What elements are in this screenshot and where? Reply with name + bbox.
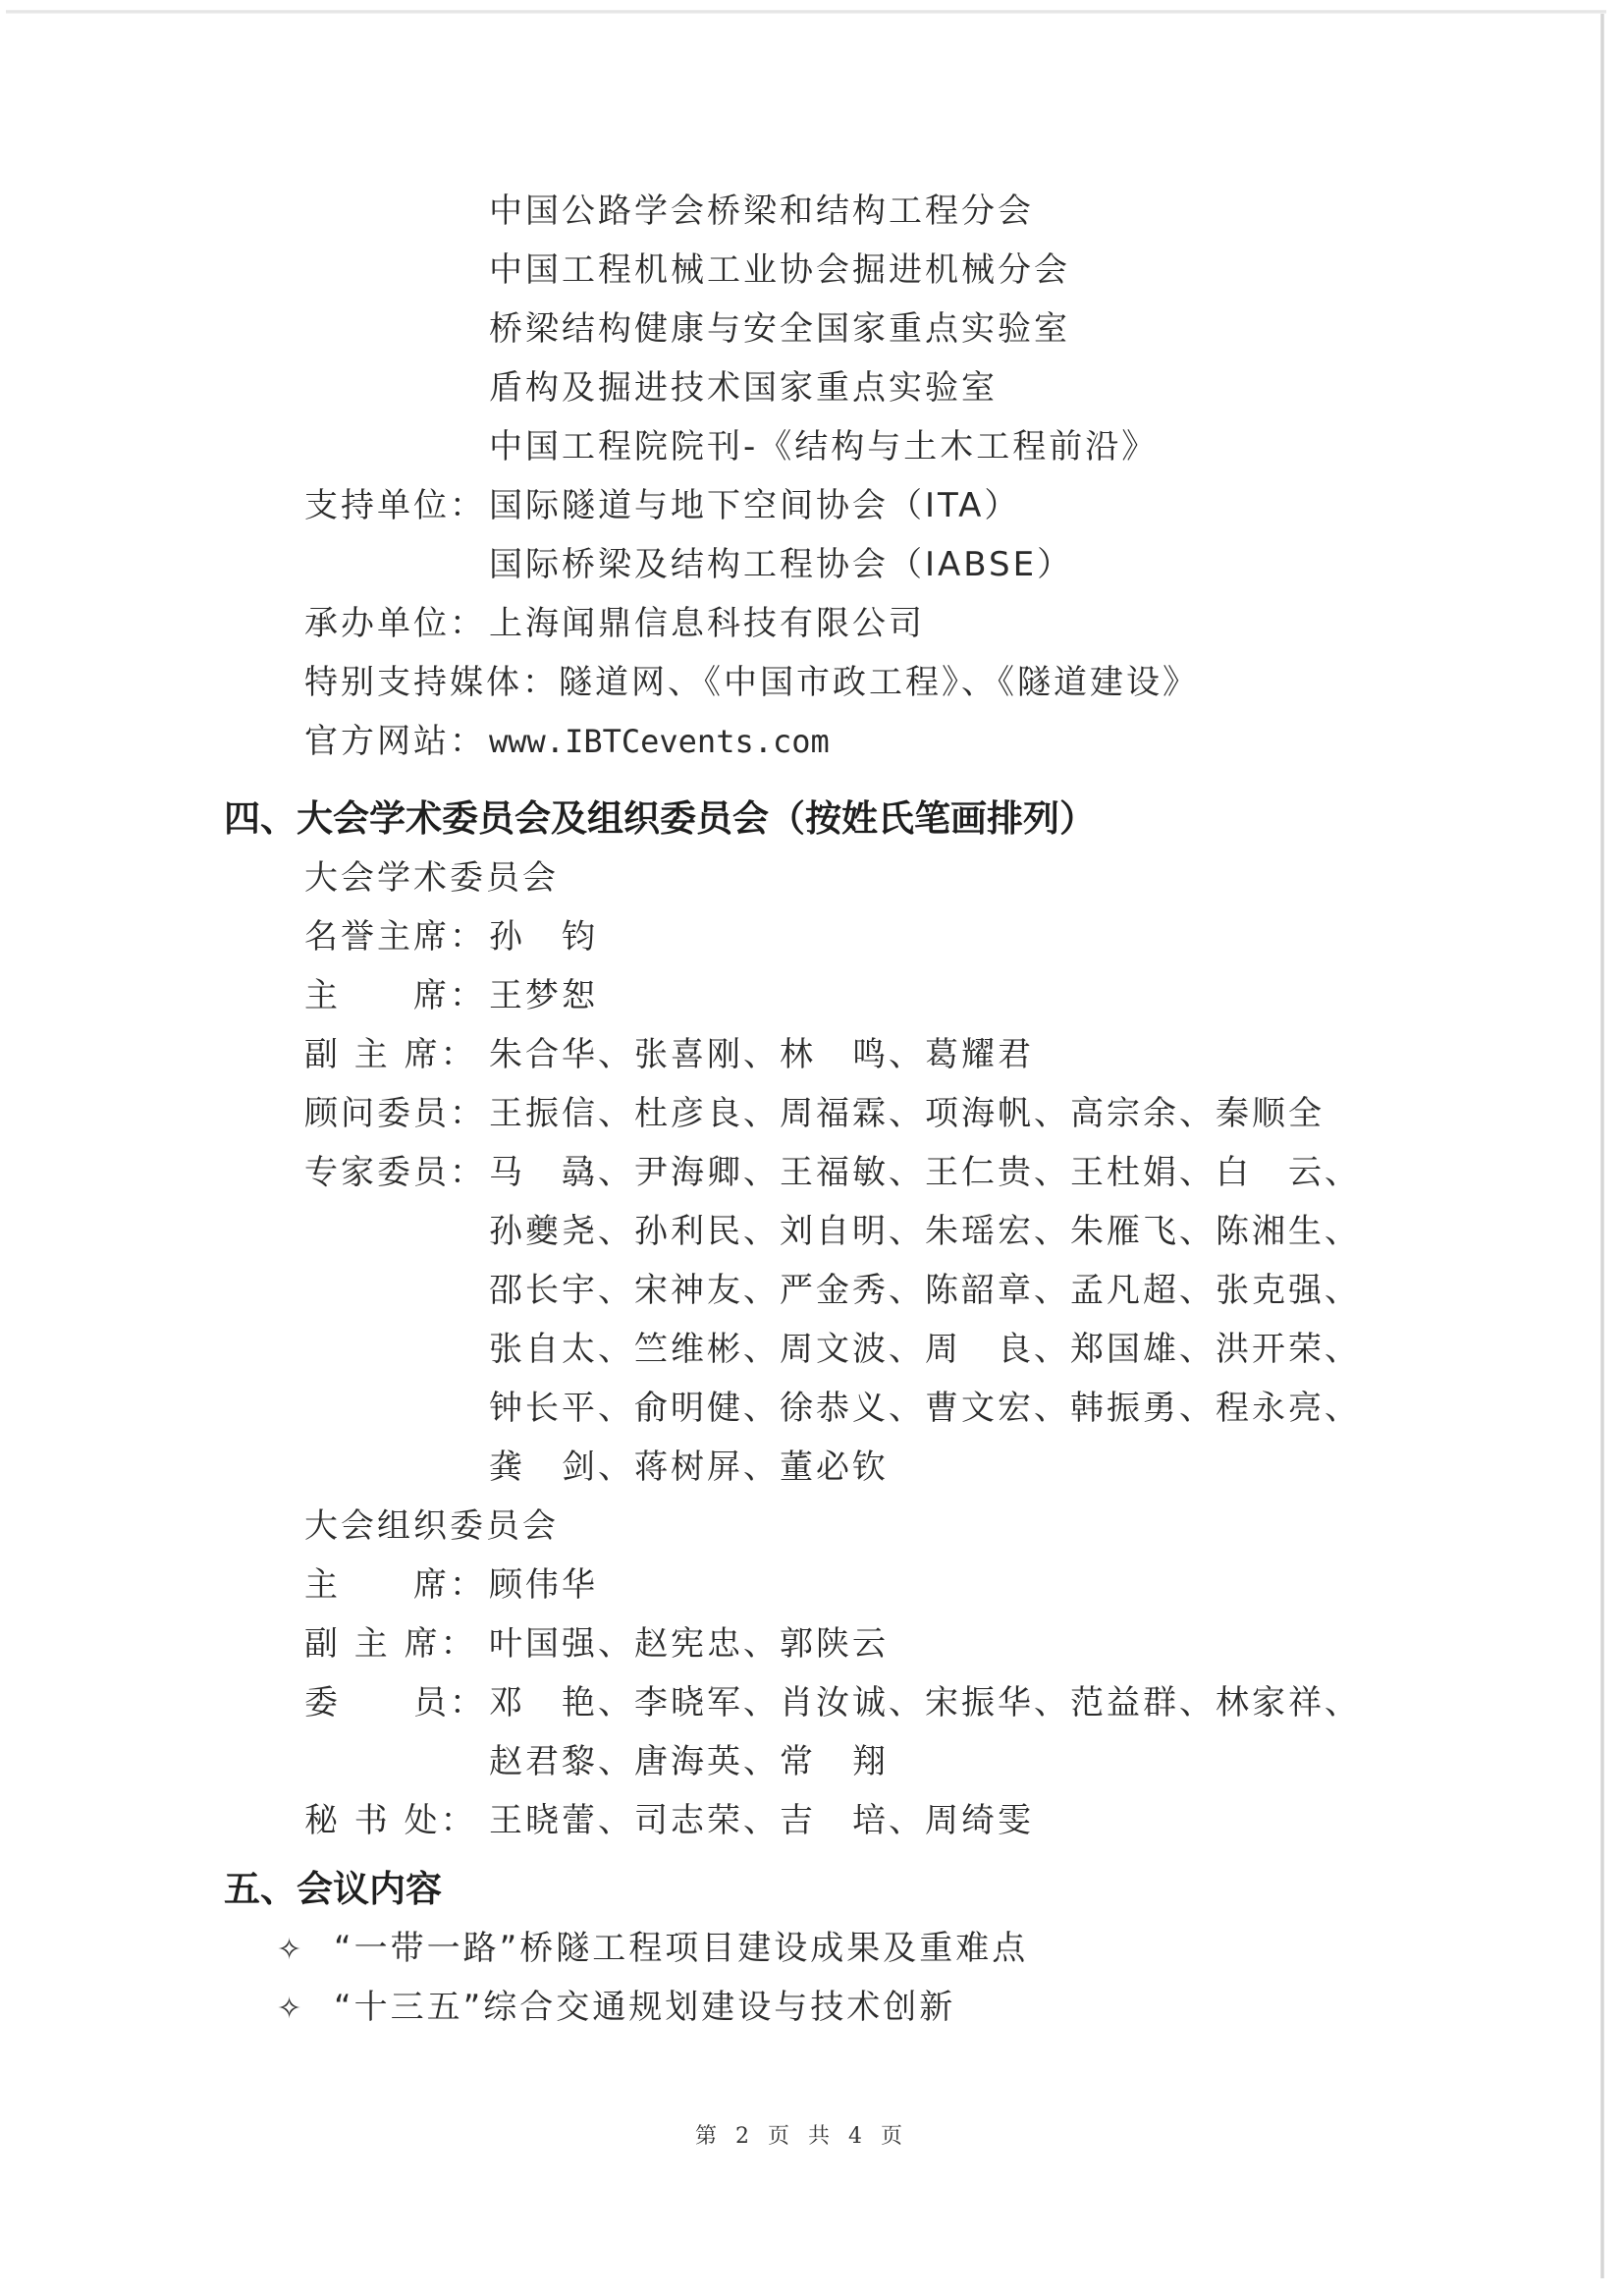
topic-item: ✧“十三五”综合交通规划建设与技术创新 xyxy=(277,1986,955,2031)
organizer-line: 桥梁结构健康与安全国家重点实验室 xyxy=(489,307,1070,351)
topic-item: ✧“一带一路”桥隧工程项目建设成果及重难点 xyxy=(277,1927,1028,1972)
scan-edge-top xyxy=(6,10,1606,14)
row-value: 叶国强、赵宪忠、郭陕云 xyxy=(489,1624,889,1664)
org-chair-row: 主 席：顾伟华 xyxy=(304,1563,598,1607)
experts-line: 邵长宇、宋神友、严金秀、陈韶章、孟凡超、张克强、 xyxy=(489,1269,1361,1312)
row-label: 主 席： xyxy=(304,1563,489,1607)
media-value: 隧道网、《中国市政工程》、《隧道建设》 xyxy=(559,663,1199,702)
diamond-bullet-icon: ✧ xyxy=(277,1988,334,2031)
support-row: 支持单位：国际隧道与地下空间协会（ITA） xyxy=(304,484,1020,527)
experts-line: 钟长平、俞明健、徐恭义、曹文宏、韩振勇、程永亮、 xyxy=(489,1387,1361,1430)
row-value: 马 骉、尹海卿、王福敏、王仁贵、王杜娟、白 云、 xyxy=(489,1153,1361,1192)
row-label: 副 主 席： xyxy=(304,1033,489,1076)
org-members-line: 赵君黎、唐海英、常 翔 xyxy=(489,1740,889,1783)
row-label: 名誉主席： xyxy=(304,915,489,958)
honorary-chair-row: 名誉主席：孙 钧 xyxy=(304,915,598,958)
website-row: 官方网站：www.IBTCevents.com xyxy=(304,720,830,763)
row-value: 王振信、杜彦良、周福霖、项海帆、高宗余、秦顺全 xyxy=(489,1094,1325,1133)
subsection-title: 大会学术委员会 xyxy=(304,856,559,900)
row-value: 王晓蕾、司志荣、吉 培、周绮雯 xyxy=(489,1801,1034,1840)
host-value: 上海闻鼎信息科技有限公司 xyxy=(489,604,925,643)
organizer-line: 中国工程院院刊-《结构与土木工程前沿》 xyxy=(489,425,1158,468)
website-label: 官方网站： xyxy=(304,720,489,763)
advisors-row: 顾问委员：王振信、杜彦良、周福霖、项海帆、高宗余、秦顺全 xyxy=(304,1092,1325,1135)
section-heading: 四、大会学术委员会及组织委员会（按姓氏笔画排列） xyxy=(224,795,1096,843)
organizer-line: 中国公路学会桥梁和结构工程分会 xyxy=(489,190,1034,233)
organizer-line: 中国工程机械工业协会掘进机械分会 xyxy=(489,248,1070,292)
support-item: 国际隧道与地下空间协会（ITA） xyxy=(489,486,1020,525)
row-label: 主 席： xyxy=(304,974,489,1017)
row-value: 孙 钧 xyxy=(489,917,598,957)
row-value: 顾伟华 xyxy=(489,1565,598,1605)
host-label: 承办单位： xyxy=(304,602,489,645)
topic-text: “十三五”综合交通规划建设与技术创新 xyxy=(334,1988,955,2027)
row-value: 王梦恕 xyxy=(489,976,598,1015)
row-label: 副 主 席： xyxy=(304,1622,489,1666)
support-item: 国际桥梁及结构工程协会（IABSE） xyxy=(489,543,1073,586)
secretariat-row: 秘 书 处：王晓蕾、司志荣、吉 培、周绮雯 xyxy=(304,1799,1034,1842)
row-label: 顾问委员： xyxy=(304,1092,489,1135)
diamond-bullet-icon: ✧ xyxy=(277,1929,334,1972)
topic-text: “一带一路”桥隧工程项目建设成果及重难点 xyxy=(334,1929,1028,1968)
row-value: 朱合华、张喜刚、林 鸣、葛耀君 xyxy=(489,1035,1034,1074)
support-label: 支持单位： xyxy=(304,484,489,527)
media-row: 特别支持媒体：隧道网、《中国市政工程》、《隧道建设》 xyxy=(304,661,1199,704)
media-label: 特别支持媒体： xyxy=(304,663,559,702)
organizer-line: 盾构及掘进技术国家重点实验室 xyxy=(489,366,998,410)
experts-line: 龚 剑、蒋树屏、董必钦 xyxy=(489,1446,889,1489)
row-label: 专家委员： xyxy=(304,1151,489,1194)
host-row: 承办单位：上海闻鼎信息科技有限公司 xyxy=(304,602,925,645)
scan-edge-right xyxy=(1600,14,1604,2278)
experts-line: 孙夔尧、孙利民、刘自明、朱瑶宏、朱雁飞、陈湘生、 xyxy=(489,1210,1361,1253)
row-value: 邓 艳、李晓军、肖汝诚、宋振华、范益群、林家祥、 xyxy=(489,1683,1361,1722)
chair-row: 主 席：王梦恕 xyxy=(304,974,598,1017)
experts-row: 专家委员：马 骉、尹海卿、王福敏、王仁贵、王杜娟、白 云、 xyxy=(304,1151,1361,1194)
row-label: 秘 书 处： xyxy=(304,1799,489,1842)
section-heading: 五、会议内容 xyxy=(224,1866,442,1913)
vice-chair-row: 副 主 席：朱合华、张喜刚、林 鸣、葛耀君 xyxy=(304,1033,1034,1076)
org-vice-chair-row: 副 主 席：叶国强、赵宪忠、郭陕云 xyxy=(304,1622,889,1666)
org-members-row: 委 员：邓 艳、李晓军、肖汝诚、宋振华、范益群、林家祥、 xyxy=(304,1681,1361,1724)
page-number: 第 2 页 共 4 页 xyxy=(0,2119,1603,2150)
row-label: 委 员： xyxy=(304,1681,489,1724)
subsection-title: 大会组织委员会 xyxy=(304,1504,559,1548)
website-link[interactable]: www.IBTCevents.com xyxy=(489,723,830,760)
experts-line: 张自太、竺维彬、周文波、周 良、郑国雄、洪开荣、 xyxy=(489,1328,1361,1371)
